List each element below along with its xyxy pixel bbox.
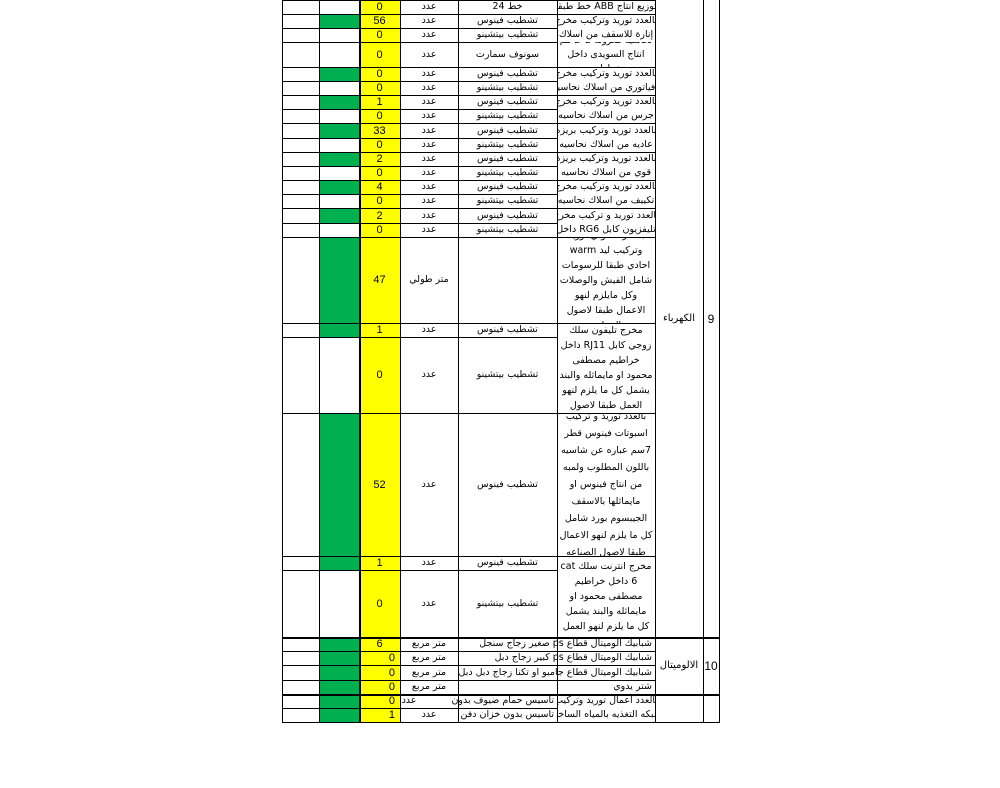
quantity-cell[interactable]: 0 [359, 67, 400, 81]
finish-type-cell[interactable]: تشطيب فينوس [458, 180, 557, 194]
finish-type-cell[interactable] [458, 237, 557, 323]
unit-cell[interactable]: عدد [400, 413, 458, 556]
empty-cell[interactable] [282, 637, 319, 651]
unit-cell[interactable]: متر مربع [400, 680, 458, 694]
unit-cell[interactable]: عدد [400, 0, 458, 14]
empty-cell[interactable] [282, 0, 319, 14]
empty-cell[interactable] [282, 337, 319, 413]
finish-type-cell[interactable]: تشطيب بيتشينو [458, 223, 557, 237]
grid-line [282, 14, 656, 15]
status-cell[interactable] [319, 109, 359, 123]
description-cell[interactable]: بالعدد توريد و تركيب مخرج انترنت سلك cat… [557, 556, 655, 637]
unit-cell[interactable]: متر مربع [400, 665, 458, 680]
finish-type-cell[interactable]: تشطيب بيتشينو [458, 166, 557, 180]
finish-type-cell[interactable]: تشطيب فينوس [458, 413, 557, 556]
unit-cell[interactable]: عدد [400, 223, 458, 237]
status-cell[interactable] [319, 166, 359, 180]
status-cell[interactable] [319, 708, 359, 722]
finish-type-cell[interactable]: تشطيب فينوس [458, 208, 557, 223]
empty-cell[interactable] [282, 138, 319, 152]
quantity-cell[interactable]: 0 [359, 337, 400, 413]
empty-cell[interactable] [282, 556, 319, 570]
unit-cell[interactable]: عدد [400, 180, 458, 194]
status-cell[interactable] [319, 123, 359, 138]
grid-line [282, 67, 656, 68]
quantity-cell[interactable]: 0 [359, 28, 400, 42]
grid-line [282, 180, 656, 181]
grid-line [282, 0, 283, 722]
status-cell[interactable] [319, 67, 359, 81]
finish-type-cell[interactable]: تاسيس بدون خزان دفن [458, 708, 557, 722]
empty-cell[interactable] [282, 42, 319, 67]
description-cell[interactable]: بالعدد اعمال توريد وتركيب [557, 694, 655, 708]
status-cell[interactable] [319, 14, 359, 28]
empty-cell[interactable] [282, 81, 319, 95]
status-cell[interactable] [319, 637, 359, 651]
empty-cell[interactable] [282, 14, 319, 28]
grid-line [282, 665, 656, 666]
status-cell[interactable] [319, 28, 359, 42]
grid-line [282, 722, 720, 723]
quantity-cell[interactable]: 0 [359, 138, 400, 152]
description-cell[interactable]: بالمتر الطولي توريد وتركيب ليد warm احاد… [557, 237, 655, 323]
unit-cell[interactable]: عدد [400, 208, 458, 223]
description-cell[interactable]: عاديه من اسلاك نحاسيه [557, 138, 655, 152]
grid-line [282, 708, 558, 709]
section-number-cell[interactable]: 9 [703, 0, 719, 637]
quantity-cell[interactable]: 1 [359, 556, 400, 570]
unit-cell[interactable]: عدد [400, 166, 458, 180]
empty-cell[interactable] [282, 223, 319, 237]
description-cell[interactable]: بالعدد توريد وتركيب بريزه [557, 123, 655, 138]
description-cell[interactable]: تكييف من اسلاك نحاسيه [557, 194, 655, 208]
grid-line [400, 0, 401, 722]
unit-cell[interactable]: متر مربع [400, 637, 458, 651]
description-cell[interactable]: نحاسيه معزوله 2*2 مم انتاج السويدى داخل … [557, 42, 655, 67]
grid-line [557, 0, 558, 722]
unit-cell[interactable]: عدد [400, 708, 458, 722]
quantity-cell[interactable]: 0 [359, 570, 400, 637]
finish-type-cell[interactable]: تشطيب فينوس [458, 14, 557, 28]
unit-cell[interactable]: متر مربع [400, 651, 458, 665]
unit-cell[interactable]: عدد [400, 138, 458, 152]
empty-cell[interactable] [703, 694, 719, 722]
quantity-cell[interactable]: 0 [359, 665, 400, 680]
status-cell[interactable] [319, 570, 359, 637]
description-cell[interactable]: جرس من اسلاك نحاسيه [557, 109, 655, 123]
grid-line [282, 570, 558, 571]
status-cell[interactable] [319, 556, 359, 570]
description-cell[interactable]: توزيع انتاج ABB خط طبقا [557, 0, 655, 14]
finish-type-cell[interactable]: تشطيب فينوس [458, 323, 557, 337]
empty-cell[interactable] [282, 694, 319, 708]
grid-line [282, 28, 558, 29]
finish-type-cell[interactable]: تشطيب فينوس [458, 152, 557, 166]
empty-cell[interactable] [282, 152, 319, 166]
quantity-cell[interactable]: 56 [359, 14, 400, 28]
status-cell[interactable] [319, 694, 359, 708]
status-cell[interactable] [319, 180, 359, 194]
unit-cell[interactable]: عدد [400, 28, 458, 42]
description-cell[interactable]: بالعدد توريد وتركيب بريزة [557, 152, 655, 166]
description-cell[interactable]: إنارة للاسقف من اسلاك [557, 28, 655, 42]
grid-line [282, 323, 656, 324]
grid-line [282, 123, 656, 124]
quantity-cell[interactable]: 0 [359, 680, 400, 694]
status-cell[interactable] [319, 223, 359, 237]
status-cell[interactable] [319, 208, 359, 223]
status-cell[interactable] [319, 81, 359, 95]
status-cell[interactable] [319, 0, 359, 14]
status-cell[interactable] [319, 337, 359, 413]
status-cell[interactable] [319, 651, 359, 665]
description-cell[interactable]: بالعدد توريد وتركيب مخرج [557, 67, 655, 81]
status-cell[interactable] [319, 138, 359, 152]
status-cell[interactable] [319, 680, 359, 694]
unit-cell[interactable]: عدد [400, 42, 458, 67]
status-cell[interactable] [319, 237, 359, 323]
grid-line [282, 152, 656, 153]
empty-cell[interactable] [282, 67, 319, 81]
finish-type-cell[interactable]: تشطيب فينوس [458, 123, 557, 138]
grid-line [282, 0, 656, 1]
description-cell[interactable]: دفياتوري من اسلاك نحاسيه [557, 81, 655, 95]
finish-type-cell[interactable]: تشطيب فينوس [458, 556, 557, 570]
empty-cell[interactable] [282, 166, 319, 180]
grid-line [282, 166, 558, 167]
grid-line [282, 337, 558, 338]
grid-line [282, 81, 558, 82]
grid-line [458, 0, 459, 722]
unit-cell[interactable]: عدد [400, 81, 458, 95]
grid-line [319, 0, 320, 722]
grid-line [719, 0, 720, 722]
description-cell[interactable]: قوي من اسلاك نحاسيه [557, 166, 655, 180]
unit-cell[interactable]: عدد [400, 556, 458, 570]
description-cell[interactable]: بالعدد توريد و تركيب اسبوتات فينوس قطر 7… [557, 413, 655, 556]
unit-cell[interactable]: عدد [400, 570, 458, 637]
unit-cell[interactable]: عدد [400, 95, 458, 109]
spreadsheet: 0عددخط 24توزيع انتاج ABB خط طبقا56عددتشط… [0, 0, 1000, 788]
grid-line [282, 651, 656, 652]
finish-type-cell[interactable]: تشطيب بيتشينو [458, 194, 557, 208]
empty-cell[interactable] [282, 180, 319, 194]
section-name-cell[interactable]: الالوميتال [655, 637, 703, 694]
empty-cell[interactable] [282, 708, 319, 722]
status-cell[interactable] [319, 665, 359, 680]
quantity-cell[interactable]: 0 [359, 42, 400, 67]
unit-cell[interactable]: متر طولي [400, 237, 458, 323]
grid-line [282, 109, 558, 110]
grid-line [282, 138, 558, 139]
quantity-cell[interactable]: 0 [359, 166, 400, 180]
unit-cell[interactable]: عدد [400, 337, 458, 413]
description-cell[interactable]: بالعدد توريد وتركيب مخرج [557, 95, 655, 109]
unit-cell[interactable]: عدد [400, 323, 458, 337]
grid-line [282, 208, 656, 209]
status-cell[interactable] [319, 95, 359, 109]
status-cell[interactable] [319, 42, 359, 67]
quantity-cell[interactable]: 6 [359, 637, 400, 651]
empty-cell[interactable] [282, 109, 319, 123]
unit-cell[interactable]: عدد [400, 123, 458, 138]
quantity-cell[interactable]: 1 [359, 95, 400, 109]
empty-cell[interactable] [282, 208, 319, 223]
finish-type-cell[interactable]: تشطيب بيتشينو [458, 28, 557, 42]
section-number-cell[interactable]: 10 [703, 637, 719, 694]
quantity-cell[interactable]: 33 [359, 123, 400, 138]
empty-cell[interactable] [282, 323, 319, 337]
description-cell[interactable]: شبكه التغذيه بالمياه الساخنه [557, 708, 655, 722]
grid-line [360, 0, 361, 722]
status-cell[interactable] [319, 152, 359, 166]
unit-cell[interactable]: عدد [400, 109, 458, 123]
empty-cell[interactable] [282, 680, 319, 694]
grid-line [282, 194, 558, 195]
description-cell[interactable]: تليفزيون كابل RG6 داخل [557, 223, 655, 237]
grid-line [282, 42, 558, 43]
quantity-cell[interactable]: 1 [359, 708, 400, 722]
grid-line [282, 680, 656, 681]
status-cell[interactable] [319, 194, 359, 208]
quantity-cell[interactable]: 0 [359, 694, 400, 708]
status-cell[interactable] [319, 323, 359, 337]
section-name-cell[interactable]: الكهرباء [655, 0, 703, 637]
grid-line [655, 0, 656, 722]
empty-cell[interactable] [282, 194, 319, 208]
empty-cell[interactable] [282, 651, 319, 665]
unit-cell[interactable]: عدد [400, 152, 458, 166]
unit-cell[interactable]: عدد [400, 14, 458, 28]
description-cell[interactable]: بالعدد توريد وتركيب مخرج [557, 14, 655, 28]
empty-cell[interactable] [282, 28, 319, 42]
finish-type-cell[interactable]: تاسيس حمام ضيوف بدون [400, 694, 557, 708]
quantity-cell[interactable]: 0 [359, 223, 400, 237]
empty-cell[interactable] [282, 237, 319, 323]
grid-line [282, 223, 558, 224]
empty-cell[interactable] [282, 123, 319, 138]
quantity-cell[interactable]: 0 [359, 81, 400, 95]
finish-type-cell[interactable]: تشطيب بيتشينو [458, 570, 557, 637]
finish-type-cell[interactable]: تشطيب بيتشينو [458, 109, 557, 123]
finish-type-cell[interactable]: خط 24 [458, 0, 557, 14]
quantity-cell[interactable]: 0 [359, 651, 400, 665]
quantity-cell[interactable]: 2 [359, 152, 400, 166]
finish-type-cell[interactable]: تشطيب فينوس [458, 95, 557, 109]
grid-line [282, 95, 656, 96]
description-cell[interactable]: بالعدد توريد و تركيب مخرج [557, 208, 655, 223]
description-cell[interactable]: بالعدد توريد و تركيب مخرج تليفون سلك زوج… [557, 323, 655, 413]
description-cell[interactable]: بالعدد توريد وتركيب مخرج [557, 180, 655, 194]
finish-type-cell[interactable]: تشطيب فينوس [458, 67, 557, 81]
unit-cell[interactable]: عدد [400, 694, 418, 708]
unit-cell[interactable]: عدد [400, 194, 458, 208]
empty-cell[interactable] [655, 694, 703, 722]
finish-type-cell[interactable]: سونوف سمارت [458, 42, 557, 67]
quantity-cell[interactable]: 47 [359, 237, 400, 323]
grid-line [282, 556, 656, 557]
quantity-cell[interactable]: 0 [359, 0, 400, 14]
grid-line [282, 413, 656, 414]
status-cell[interactable] [319, 413, 359, 556]
empty-cell[interactable] [282, 413, 319, 556]
quantity-cell[interactable]: 2 [359, 208, 400, 223]
finish-type-cell[interactable]: تشطيب بيتشينو [458, 138, 557, 152]
quantity-cell[interactable]: 52 [359, 413, 400, 556]
empty-cell[interactable] [458, 680, 557, 694]
finish-type-cell[interactable]: تشطيب بيتشينو [458, 81, 557, 95]
finish-type-cell[interactable]: تشطيب بيتشينو [458, 337, 557, 413]
unit-cell[interactable]: عدد [400, 67, 458, 81]
quantity-cell[interactable]: 1 [359, 323, 400, 337]
empty-cell[interactable] [282, 665, 319, 680]
quantity-cell[interactable]: 4 [359, 180, 400, 194]
quantity-cell[interactable]: 0 [359, 109, 400, 123]
grid-line [282, 237, 656, 238]
grid-line [703, 0, 704, 722]
empty-cell[interactable] [282, 570, 319, 637]
quantity-cell[interactable]: 0 [359, 194, 400, 208]
description-cell[interactable]: شتر يدوي [557, 680, 655, 694]
empty-cell[interactable] [282, 95, 319, 109]
